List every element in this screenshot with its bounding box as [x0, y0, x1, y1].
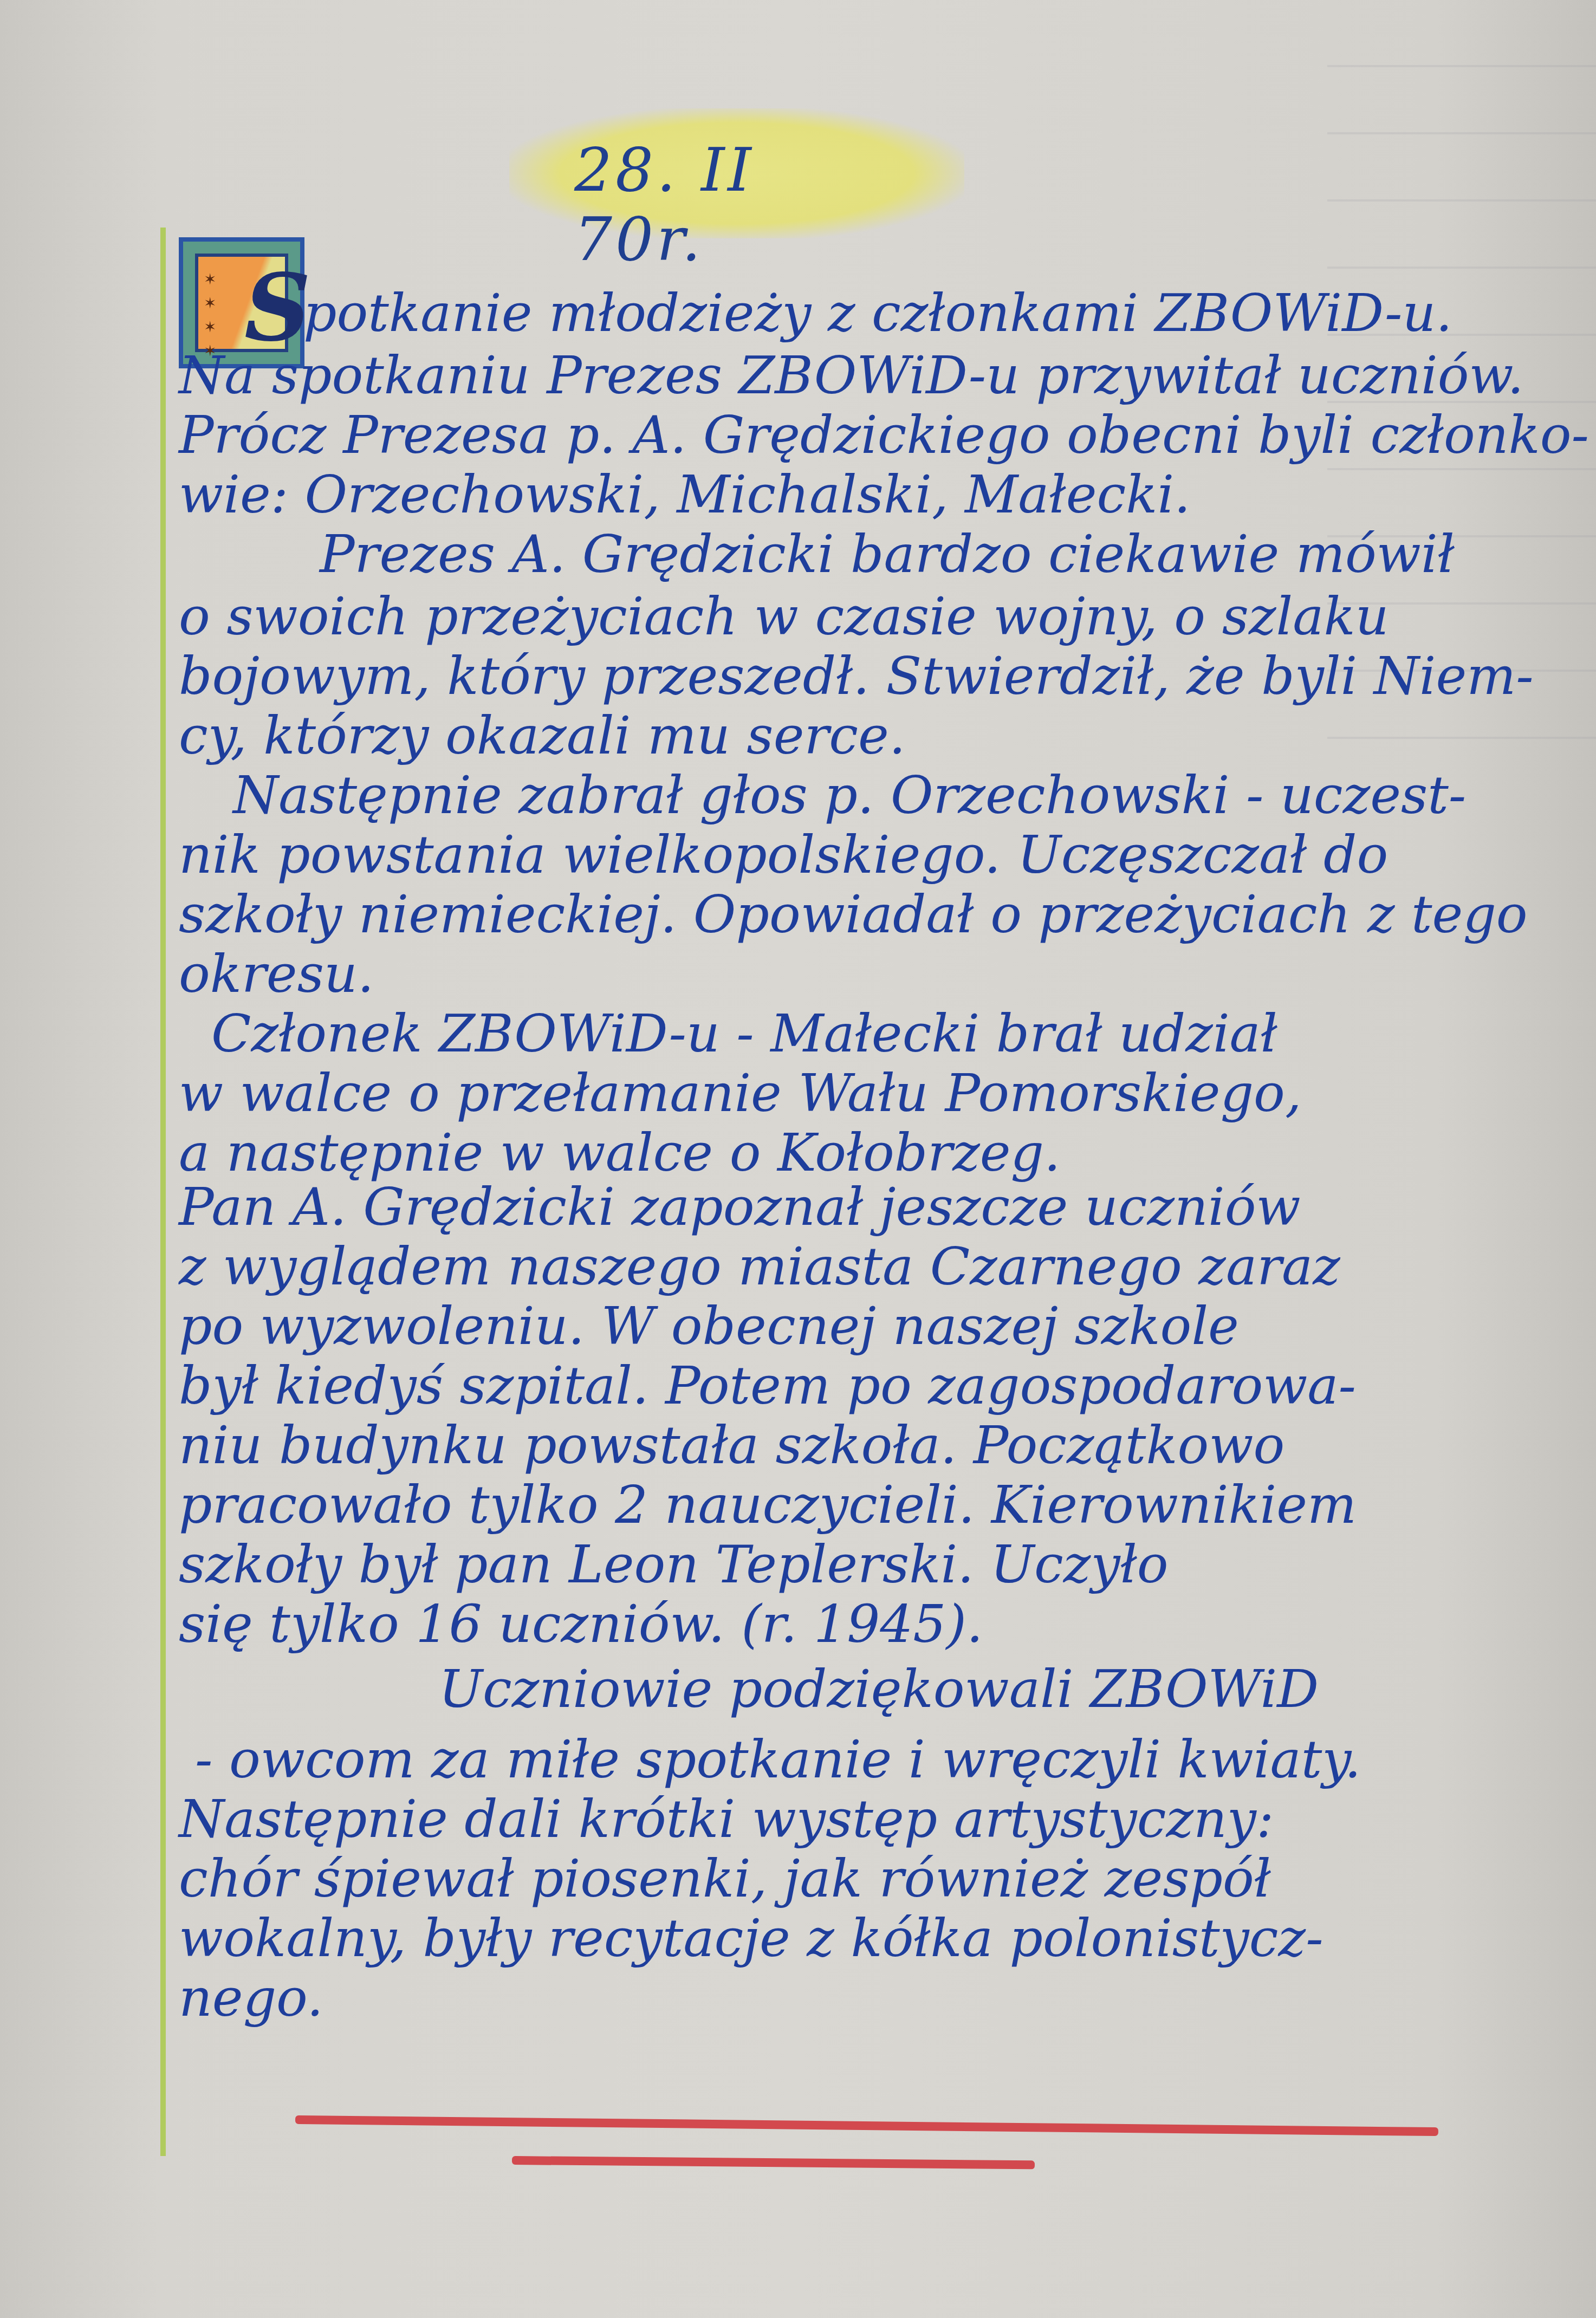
- text-line: był kiedyś szpital. Potem po zagospodaro…: [179, 1360, 1356, 1412]
- text-line: nik powstania wielkopolskiego. Uczęszcza…: [179, 829, 1388, 881]
- red-underline-long: [295, 2115, 1438, 2136]
- text-line: Członek ZBOWiD-u - Małecki brał udział: [211, 1008, 1277, 1060]
- text-line: pracowało tylko 2 nauczycieli. Kierownik…: [179, 1479, 1357, 1531]
- text-line: Pan A. Grędzicki zapoznał jeszcze ucznió…: [179, 1181, 1301, 1233]
- margin-line: [160, 228, 166, 2156]
- entry-date: 28. II 70r.: [574, 135, 899, 274]
- notebook-page: 28. II 70r. ✶ ✶ ✶ ✶ S potkanie młodzieży…: [0, 0, 1596, 2318]
- text-line: z wyglądem naszego miasta Czarnego zaraz: [179, 1241, 1340, 1293]
- text-line: potkanie młodzieży z członkami ZBOWiD-u.: [303, 287, 1452, 339]
- text-line: nego.: [179, 1972, 323, 2024]
- decor-mark-icon: ✶: [204, 315, 225, 339]
- decor-mark-icon: ✶: [204, 291, 225, 315]
- text-line: w walce o przełamanie Wału Pomorskiego,: [179, 1067, 1301, 1119]
- text-line: cy, którzy okazali mu serce.: [179, 710, 905, 762]
- text-line: wokalny, były recytacje z kółka polonist…: [179, 1912, 1323, 1964]
- text-line: po wyzwoleniu. W obecnej naszej szkole: [179, 1300, 1239, 1352]
- text-line: Uczniowie podziękowali ZBOWiD: [439, 1663, 1319, 1715]
- initial-background: ✶ ✶ ✶ ✶ S: [195, 254, 288, 352]
- text-line: a następnie w walce o Kołobrzeg.: [179, 1127, 1061, 1179]
- text-line: niu budynku powstała szkoła. Początkowo: [179, 1419, 1284, 1471]
- text-line: okresu.: [179, 948, 374, 1000]
- text-line: szkoły niemieckiej. Opowiadał o przeżyci…: [179, 888, 1528, 940]
- text-line: - owcom za miłe spotkanie i wręczyli kwi…: [195, 1733, 1361, 1785]
- text-line: bojowym, który przeszedł. Stwierdził, że…: [179, 650, 1534, 702]
- text-line: Następnie zabrał głos p. Orzechowski - u…: [233, 769, 1466, 821]
- decor-mark-icon: ✶: [204, 268, 225, 291]
- text-line: się tylko 16 uczniów. (r. 1945).: [179, 1598, 983, 1650]
- text-line: Prócz Prezesa p. A. Grędzickiego obecni …: [179, 409, 1589, 461]
- text-line: Na spotkaniu Prezes ZBOWiD-u przywitał u…: [179, 349, 1524, 401]
- red-underline-short: [512, 2156, 1035, 2169]
- text-line: Następnie dali krótki występ artystyczny…: [179, 1793, 1274, 1845]
- text-line: o swoich przeżyciach w czasie wojny, o s…: [179, 590, 1389, 642]
- initial-letter: S: [244, 262, 311, 354]
- text-line: wie: Orzechowski, Michalski, Małecki.: [179, 469, 1191, 521]
- text-line: chór śpiewał piosenki, jak również zespó…: [179, 1853, 1271, 1905]
- text-line: Prezes A. Grędzicki bardzo ciekawie mówi…: [320, 528, 1455, 580]
- text-line: szkoły był pan Leon Teplerski. Uczyło: [179, 1538, 1169, 1590]
